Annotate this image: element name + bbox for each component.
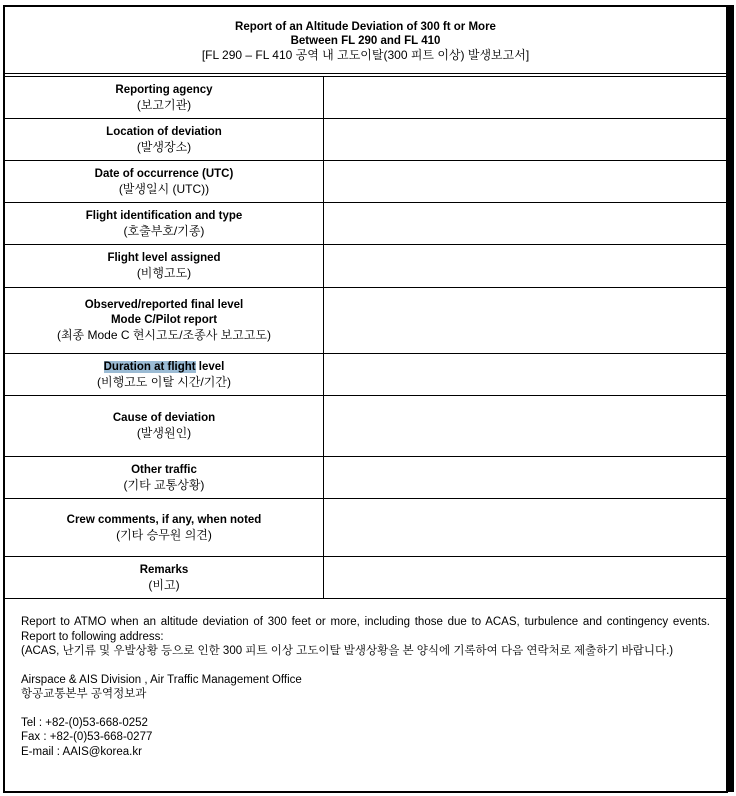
- field-label: Date of occurrence (UTC) (발생일시 (UTC)): [5, 161, 324, 202]
- instruction-english: Report to ATMO when an altitude deviatio…: [21, 615, 710, 644]
- contact-tel: Tel : +82-(0)53-668-0252: [21, 716, 710, 731]
- field-label: Crew comments, if any, when noted (기타 승무…: [5, 499, 324, 556]
- field-label: Cause of deviation (발생원인): [5, 396, 324, 456]
- field-row-flight-id: Flight identification and type (호출부호/기종): [5, 203, 726, 245]
- crew-comments-input[interactable]: [324, 499, 726, 556]
- field-row-crew-comments: Crew comments, if any, when noted (기타 승무…: [5, 499, 726, 557]
- form-header: Report of an Altitude Deviation of 300 f…: [5, 7, 726, 74]
- field-row-final-level: Observed/reported final level Mode C/Pil…: [5, 288, 726, 354]
- flight-level-input[interactable]: [324, 245, 726, 287]
- flight-id-input[interactable]: [324, 203, 726, 244]
- field-label: Observed/reported final level Mode C/Pil…: [5, 288, 324, 353]
- field-label: Duration at flight level (비행고도 이탈 시간/기간): [5, 354, 324, 395]
- form-title-line1: Report of an Altitude Deviation of 300 f…: [5, 20, 726, 34]
- office-name-english: Airspace & AIS Division , Air Traffic Ma…: [21, 673, 710, 688]
- reporting-agency-input[interactable]: [324, 77, 726, 118]
- submission-notes: Report to ATMO when an altitude deviatio…: [5, 599, 726, 759]
- duration-input[interactable]: [324, 354, 726, 395]
- contact-fax: Fax : +82-(0)53-668-0277: [21, 730, 710, 745]
- form-title-korean: [FL 290 – FL 410 공역 내 고도이탈(300 피트 이상) 발생…: [5, 48, 726, 62]
- location-input[interactable]: [324, 119, 726, 160]
- field-row-reporting-agency: Reporting agency (보고기관): [5, 77, 726, 119]
- field-label: Reporting agency (보고기관): [5, 77, 324, 118]
- text-selection-highlight: Duration at flight: [104, 361, 196, 373]
- field-label: Remarks (비고): [5, 557, 324, 598]
- field-row-location: Location of deviation (발생장소): [5, 119, 726, 161]
- instruction-korean: (ACAS, 난기류 및 우발상황 등으로 인한 300 피트 이상 고도이탈 …: [21, 644, 710, 659]
- field-row-remarks: Remarks (비고): [5, 557, 726, 599]
- field-label: Location of deviation (발생장소): [5, 119, 324, 160]
- cause-input[interactable]: [324, 396, 726, 456]
- field-row-flight-level: Flight level assigned (비행고도): [5, 245, 726, 288]
- field-row-cause: Cause of deviation (발생원인): [5, 396, 726, 457]
- date-input[interactable]: [324, 161, 726, 202]
- report-form: Report of an Altitude Deviation of 300 f…: [3, 5, 728, 793]
- remarks-input[interactable]: [324, 557, 726, 598]
- form-title-line2: Between FL 290 and FL 410: [5, 34, 726, 48]
- field-row-duration: Duration at flight level (비행고도 이탈 시간/기간): [5, 354, 726, 396]
- report-fields-table: Reporting agency (보고기관) Location of devi…: [5, 77, 726, 599]
- office-name-korean: 항공교통본부 공역정보과: [21, 687, 710, 702]
- field-label: Flight level assigned (비행고도): [5, 245, 324, 287]
- field-label: Flight identification and type (호출부호/기종): [5, 203, 324, 244]
- contact-email[interactable]: E-mail : AAIS@korea.kr: [21, 745, 710, 760]
- field-row-date: Date of occurrence (UTC) (발생일시 (UTC)): [5, 161, 726, 203]
- field-label: Other traffic (기타 교통상황): [5, 457, 324, 498]
- page-edge-bar: [728, 5, 734, 792]
- other-traffic-input[interactable]: [324, 457, 726, 498]
- field-row-other-traffic: Other traffic (기타 교통상황): [5, 457, 726, 499]
- final-level-input[interactable]: [324, 288, 726, 353]
